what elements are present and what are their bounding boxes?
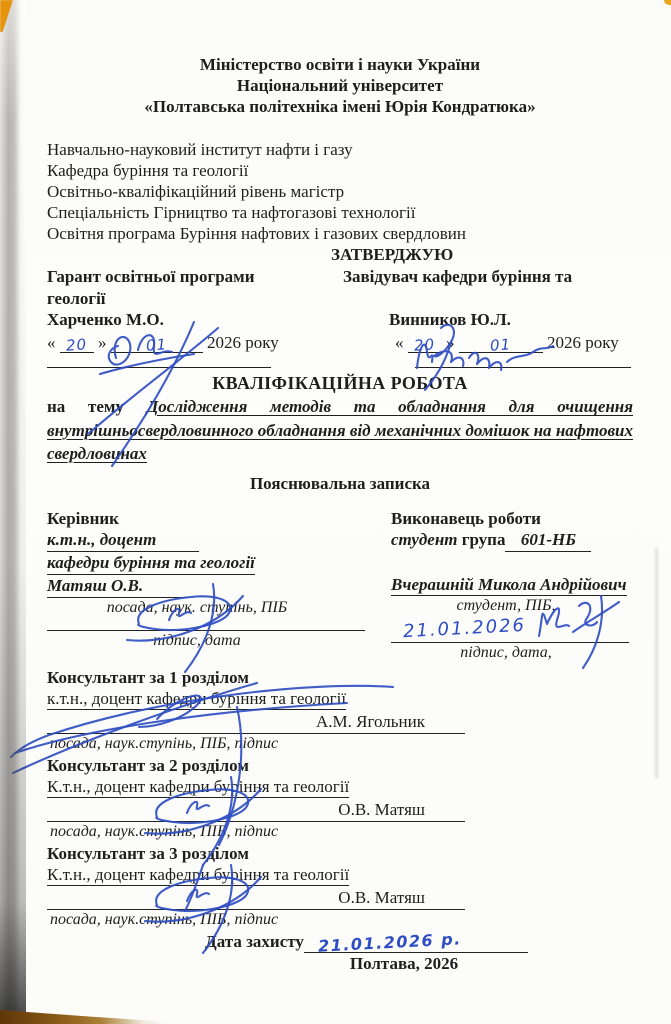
head-role-line: Завідувач кафедри буріння та bbox=[343, 266, 633, 288]
year-text: 2026 року bbox=[207, 333, 279, 352]
spacer bbox=[391, 552, 633, 574]
group-value: 601-НБ bbox=[505, 529, 591, 551]
month-blank: 01 bbox=[111, 334, 203, 353]
executor-handwritten-date: 21.01.2026 bbox=[403, 615, 527, 643]
executor-date-line: 21.01.2026 bbox=[391, 618, 629, 643]
student-word: студент bbox=[391, 530, 457, 549]
header-line-ministry: Міністерство освіти і науки України bbox=[47, 54, 633, 75]
day-blank: 20 bbox=[408, 334, 442, 353]
explanatory-note-subtitle: Пояснювальна записка bbox=[47, 473, 633, 494]
guarantor-column: Гарант освітньої програми геології Харче… bbox=[47, 266, 343, 368]
consultant1-title: Консультант за 1 розділом bbox=[47, 667, 633, 688]
head-signature-line bbox=[415, 367, 631, 368]
consultant-block-3: Консультант за 3 розділом К.т.н., доцент… bbox=[47, 843, 633, 929]
handwritten-day: 20 bbox=[65, 334, 88, 357]
handwritten-month: 01 bbox=[489, 334, 512, 357]
paper-crease-right bbox=[655, 548, 658, 778]
day-blank: 20 bbox=[60, 334, 94, 353]
executor-group-line: студент група601-НБ bbox=[391, 529, 633, 552]
quote-close: » bbox=[98, 333, 107, 352]
topic-text: Дослідження методів та обладнання для оч… bbox=[47, 397, 633, 463]
consultant-block-2: Консультант за 2 розділом К.т.н., доцент… bbox=[47, 755, 633, 841]
topic-label: на тему bbox=[47, 397, 124, 416]
consultant1-degree-line: к.т.н., доцент кафедри буріння та геолог… bbox=[47, 688, 633, 710]
supervisor-degree2: кафедри буріння та геології bbox=[47, 552, 255, 575]
consultant2-degree: К.т.н., доцент кафедри буріння та геолог… bbox=[47, 776, 349, 798]
supervisor-executor-row: Керівник к.т.н., доцент кафедри буріння … bbox=[47, 508, 633, 664]
consultant-block-1: Консультант за 1 розділом к.т.н., доцент… bbox=[47, 667, 633, 753]
executor-column: Виконавець роботи студент група601-НБ Вч… bbox=[385, 508, 633, 664]
consultant3-degree-line: К.т.н., доцент кафедри буріння та геолог… bbox=[47, 864, 633, 886]
work-title: КВАЛІФІКАЦІЙНА РОБОТА bbox=[47, 372, 633, 394]
group-word: група bbox=[462, 530, 506, 549]
header-line-university-name: «Полтавська політехніка імені Юрія Кондр… bbox=[47, 96, 633, 117]
head-date-row: « 20 » 01 2026 року bbox=[343, 332, 633, 354]
consultant3-name: О.В. Матяш bbox=[47, 886, 465, 910]
consultant2-title: Консультант за 2 розділом bbox=[47, 755, 633, 776]
handwritten-month: 01 bbox=[145, 334, 168, 357]
corner-fold-top-right bbox=[664, 0, 671, 5]
consultant1-caption: посада, наук.ступінь, ПІБ, підпис bbox=[47, 734, 633, 753]
executor-name-line: Вчерашній Микола Андрійович bbox=[391, 574, 633, 597]
head-of-department-column: Завідувач кафедри буріння та Винников Ю.… bbox=[343, 266, 633, 368]
supervisor-name: Матяш О.В. bbox=[47, 575, 187, 598]
supervisor-degree-line2: кафедри буріння та геології bbox=[47, 552, 385, 575]
supervisor-column: Керівник к.т.н., доцент кафедри буріння … bbox=[47, 508, 385, 664]
consultant3-title: Консультант за 3 розділом bbox=[47, 843, 633, 864]
quote-close: » bbox=[446, 333, 455, 352]
handwritten-day: 20 bbox=[413, 334, 436, 357]
executor-label: Виконавець роботи bbox=[391, 508, 633, 530]
info-specialty: Спеціальність Гірництво та нафтогазові т… bbox=[47, 202, 633, 223]
consultant3-caption: посада, наук.ступінь, ПІБ, підпис bbox=[47, 910, 633, 929]
quote-open: « bbox=[395, 333, 404, 352]
info-department: Кафедра буріння та геології bbox=[47, 160, 633, 181]
month-blank: 01 bbox=[459, 334, 543, 353]
head-name: Винников Ю.Л. bbox=[343, 309, 633, 331]
spacer bbox=[343, 288, 633, 310]
info-program: Освітня програма Буріння нафтових і газо… bbox=[47, 223, 633, 244]
guarantor-signature-line bbox=[47, 367, 271, 368]
consultant3-degree: К.т.н., доцент кафедри буріння та геолог… bbox=[47, 864, 349, 886]
ministry-header: Міністерство освіти і науки України Наці… bbox=[47, 54, 633, 117]
guarantor-name: Харченко М.О. bbox=[47, 309, 343, 331]
defense-label: Дата захисту bbox=[205, 932, 304, 951]
consultant2-degree-line: К.т.н., доцент кафедри буріння та геолог… bbox=[47, 776, 633, 798]
supervisor-name-line: Матяш О.В. bbox=[47, 575, 385, 598]
scanned-thesis-title-page: Міністерство освіти і науки України Наці… bbox=[0, 0, 671, 1024]
approval-columns: Гарант освітньої програми геології Харче… bbox=[47, 266, 633, 368]
supervisor-label: Керівник bbox=[47, 508, 385, 530]
supervisor-degree1: к.т.н., доцент bbox=[47, 529, 199, 552]
approve-heading: ЗАТВЕРДЖУЮ bbox=[47, 244, 633, 266]
topic-paragraph: на тему Дослідження методів та обладнанн… bbox=[47, 395, 633, 466]
defense-date-row: Дата захисту21.01.2026 р. bbox=[47, 931, 633, 953]
executor-caption-student: студент, ПІБ, bbox=[391, 596, 621, 616]
consultant2-caption: посада, наук.ступінь, ПІБ, підпис bbox=[47, 822, 633, 841]
supervisor-caption-signature: підпис, дата bbox=[47, 631, 347, 651]
guarantor-date-row: « 20 » 01 2026 року bbox=[47, 332, 343, 354]
city-year-line: Полтава, 2026 bbox=[47, 953, 633, 975]
supervisor-caption-position: посада, наук. ступінь, ПІБ bbox=[47, 598, 347, 618]
info-institute: Навчально-науковий інститут нафти і газу bbox=[47, 139, 633, 160]
executor-caption-signature: підпис, дата, bbox=[391, 643, 621, 663]
document-content: Міністерство освіти і науки України Наці… bbox=[47, 54, 633, 975]
group-blank: 601-НБ bbox=[505, 529, 591, 552]
executor-name: Вчерашній Микола Андрійович bbox=[391, 574, 627, 597]
consultant1-name: А.М. Ягольник bbox=[47, 710, 465, 734]
guarantor-role-line1: Гарант освітньої програми bbox=[47, 266, 343, 288]
institute-info-block: Навчально-науковий інститут нафти і газу… bbox=[47, 139, 633, 244]
supervisor-degree-line1: к.т.н., доцент bbox=[47, 529, 385, 552]
guarantor-role-line2: геології bbox=[47, 288, 343, 310]
quote-open: « bbox=[47, 333, 56, 352]
header-line-university: Національний університет bbox=[47, 75, 633, 96]
defense-date-blank: 21.01.2026 р. bbox=[304, 932, 528, 953]
page-edge-shadow-vertical bbox=[0, 0, 26, 1024]
consultant2-name: О.В. Матяш bbox=[47, 798, 465, 822]
info-level: Освітньо-кваліфікаційний рівень магістр bbox=[47, 181, 633, 202]
consultant1-degree: к.т.н., доцент кафедри буріння та геолог… bbox=[47, 688, 346, 710]
year-text: 2026 року bbox=[547, 333, 619, 352]
consultants-section: Консультант за 1 розділом к.т.н., доцент… bbox=[47, 667, 633, 929]
